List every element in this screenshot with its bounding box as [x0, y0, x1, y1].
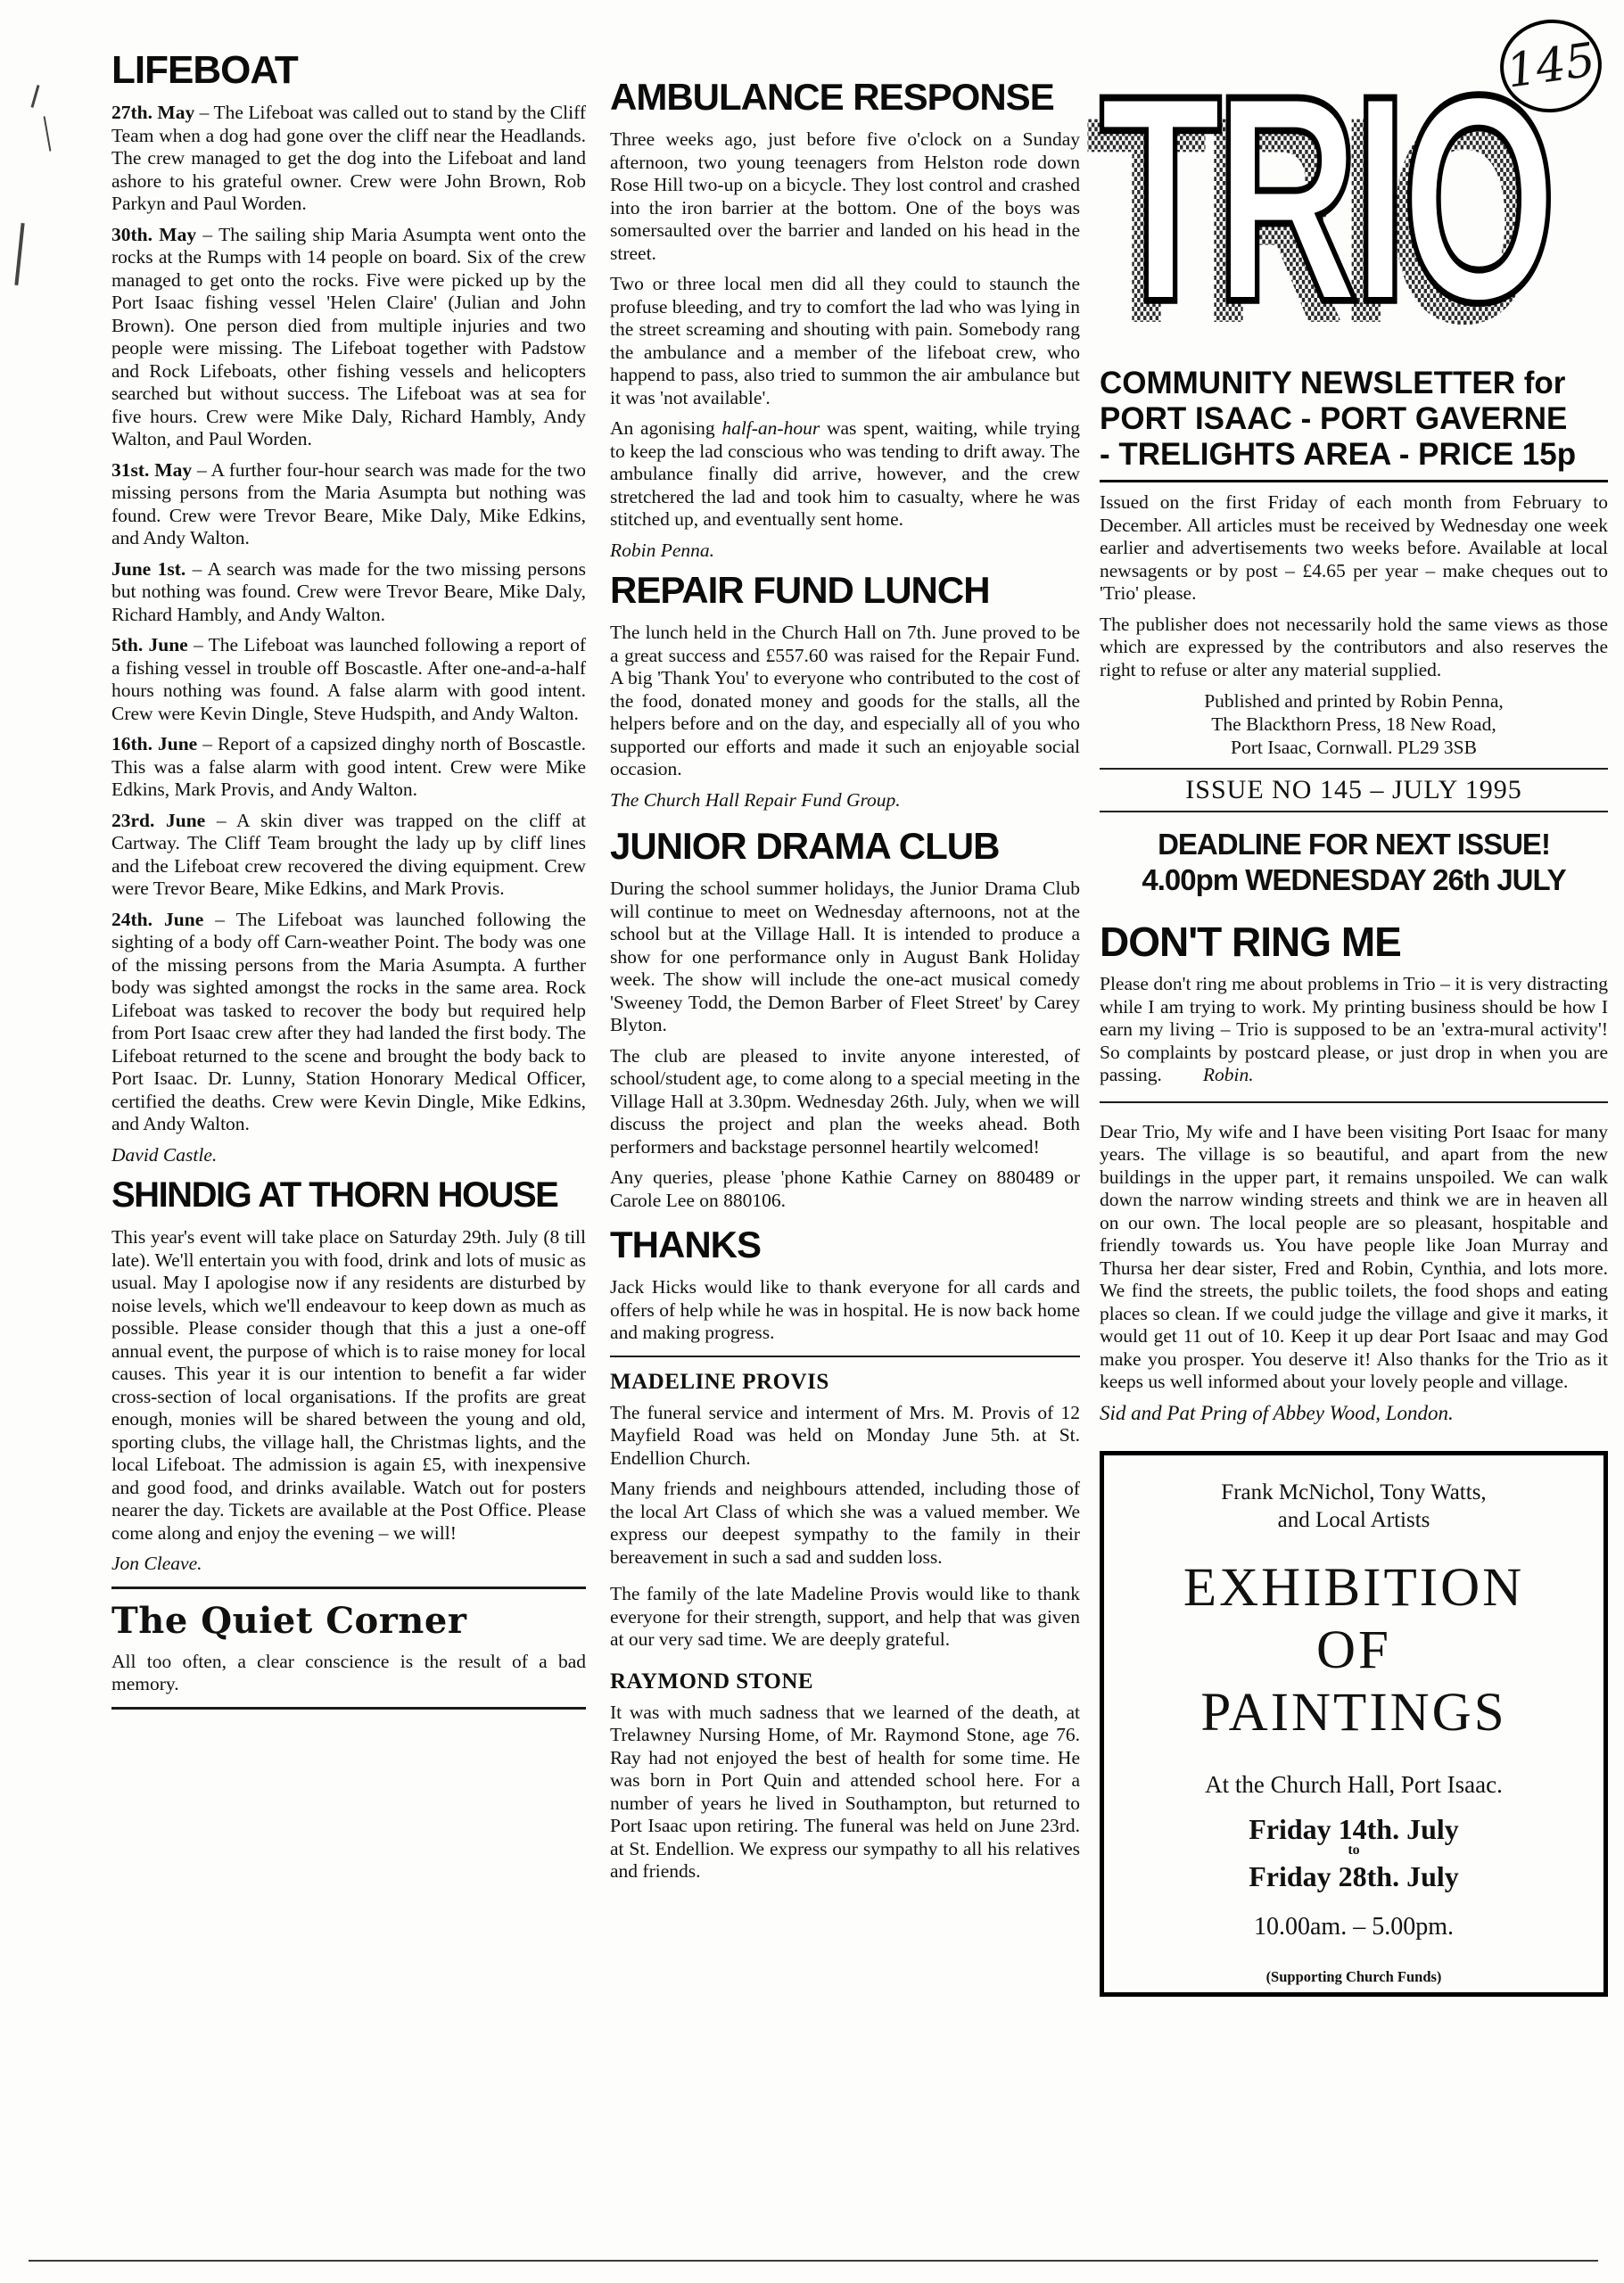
exhibition-venue: At the Church Hall, Port Isaac.	[1115, 1771, 1593, 1799]
ambulance-heading: AMBULANCE RESPONSE	[610, 77, 1080, 118]
article-signature: Robin Penna.	[610, 540, 1080, 563]
entry-date: 24th. June	[111, 909, 203, 930]
exhibition-date-end: Friday 28th. July	[1115, 1860, 1593, 1893]
lifeboat-entry: 30th. May – The sailing ship Maria Asump…	[111, 224, 586, 451]
printed-by-line: Published and printed by Robin Penna,	[1100, 689, 1608, 713]
ambulance-para: An agonising half-an-hour was spent, wai…	[610, 417, 1080, 532]
deadline-block: DEADLINE FOR NEXT ISSUE! 4.00pm WEDNESDA…	[1100, 827, 1608, 898]
entry-date: 16th. June	[111, 733, 197, 754]
exhibition-title-line: OF	[1115, 1620, 1593, 1682]
madeline-para: Many friends and neighbours attended, in…	[610, 1478, 1080, 1569]
entry-date: 23rd. June	[111, 810, 205, 831]
ambulance-para: Two or three local men did all they coul…	[610, 273, 1080, 409]
exhibition-date-to: to	[1115, 1846, 1593, 1855]
repair-fund-heading: REPAIR FUND LUNCH	[610, 570, 1080, 611]
masthead-subtitle-line: PORT ISAAC - PORT GAVERNE	[1100, 401, 1608, 437]
deadline-line: DEADLINE FOR NEXT ISSUE!	[1100, 827, 1608, 862]
madeline-para: The funeral service and interment of Mrs…	[610, 1402, 1080, 1471]
thanks-heading: THANKS	[610, 1224, 1080, 1265]
entry-date: 30th. May	[111, 224, 196, 245]
trio-logo: TRIO TRIO	[1100, 52, 1608, 366]
lifeboat-entry: 31st. May – A further four-hour search w…	[111, 459, 586, 550]
exhibition-box: Frank McNichol, Tony Watts, and Local Ar…	[1100, 1451, 1608, 1997]
middle-column: AMBULANCE RESPONSE Three weeks ago, just…	[610, 77, 1080, 1892]
shindig-body: This year's event will take place on Sat…	[111, 1226, 586, 1545]
dont-ring-heading: DON'T RING ME	[1100, 921, 1608, 962]
publisher-para: The publisher does not necessarily hold …	[1100, 614, 1608, 682]
entry-text: – The Lifeboat was launched following th…	[111, 909, 586, 1135]
entry-date: June 1st.	[111, 558, 185, 580]
madeline-para: The family of the late Madeline Provis w…	[610, 1583, 1080, 1652]
issued-para: Issued on the first Friday of each month…	[1100, 491, 1608, 606]
right-column: TRIO TRIO COMMUNITY NEWSLETTER for PORT …	[1100, 27, 1608, 1997]
trio-logo-text: TRIO	[1100, 52, 1550, 346]
scan-mark	[14, 223, 24, 285]
text-run: Please don't ring me about problems in T…	[1100, 973, 1608, 1085]
lifeboat-entry: 27th. May – The Lifeboat was called out …	[111, 102, 586, 216]
deadline-line: 4.00pm WEDNESDAY 26th JULY	[1100, 862, 1608, 898]
article-signature: Jon Cleave.	[111, 1553, 586, 1576]
raymond-body: It was with much sadness that we learned…	[610, 1702, 1080, 1883]
dont-ring-body: Please don't ring me about problems in T…	[1100, 973, 1608, 1087]
junior-drama-heading: JUNIOR DRAMA CLUB	[610, 826, 1080, 867]
article-signature: David Castle.	[111, 1144, 586, 1167]
divider	[1100, 1101, 1608, 1103]
inline-signature: Robin.	[1203, 1064, 1254, 1085]
shindig-heading: SHINDIG AT THORN HOUSE	[111, 1174, 586, 1216]
masthead-subtitle-line: - TRELIGHTS AREA - PRICE 15p	[1100, 437, 1608, 473]
letter-signature: Sid and Pat Pring of Abbey Wood, London.	[1100, 1402, 1608, 1425]
divider	[111, 1587, 586, 1589]
left-column: LIFEBOAT 27th. May – The Lifeboat was ca…	[111, 50, 586, 1720]
divider	[111, 1707, 586, 1710]
exhibition-title-line: PAINTINGS	[1115, 1682, 1593, 1744]
lifeboat-entry: 16th. June – Report of a capsized dinghy…	[111, 733, 586, 802]
entry-date: 27th. May	[111, 102, 194, 123]
raymond-heading: RAYMOND STONE	[610, 1669, 1080, 1694]
quiet-corner-heading: The Quiet Corner	[111, 1600, 586, 1642]
scan-mark	[30, 85, 39, 108]
repair-fund-body: The lunch held in the Church Hall on 7th…	[610, 622, 1080, 781]
entry-text: – The sailing ship Maria Asumpta went on…	[111, 224, 586, 450]
text-run: An agonising	[610, 417, 721, 439]
scan-mark	[44, 116, 52, 152]
madeline-heading: MADELINE PROVIS	[610, 1370, 1080, 1395]
entry-date: 31st. May	[111, 459, 192, 481]
exhibition-artists-line: Frank McNichol, Tony Watts,	[1115, 1479, 1593, 1506]
printed-by-line: Port Isaac, Cornwall. PL29 3SB	[1100, 736, 1608, 759]
printed-by-line: The Blackthorn Press, 18 New Road,	[1100, 713, 1608, 736]
exhibition-artists: Frank McNichol, Tony Watts, and Local Ar…	[1115, 1479, 1593, 1534]
junior-drama-para: Any queries, please 'phone Kathie Carney…	[610, 1166, 1080, 1212]
divider	[610, 1356, 1080, 1357]
page-bottom-rule	[29, 2260, 1598, 2262]
thanks-body: Jack Hicks would like to thank everyone …	[610, 1276, 1080, 1345]
quiet-corner-body: All too often, a clear conscience is the…	[111, 1651, 586, 1696]
newsletter-page: 145 LIFEBOAT 27th. May – The Lifeboat wa…	[0, 0, 1624, 2283]
lifeboat-entry: June 1st. – A search was made for the tw…	[111, 558, 586, 627]
article-signature: The Church Hall Repair Fund Group.	[610, 789, 1080, 812]
exhibition-title: EXHIBITION OF PAINTINGS	[1115, 1557, 1593, 1744]
lifeboat-heading: LIFEBOAT	[111, 50, 586, 91]
entry-date: 5th. June	[111, 634, 188, 655]
italic-run: half-an-hour	[721, 417, 820, 439]
junior-drama-para: During the school summer holidays, the J…	[610, 878, 1080, 1037]
lifeboat-entry: 24th. June – The Lifeboat was launched f…	[111, 909, 586, 1136]
exhibition-title-line: EXHIBITION	[1115, 1557, 1593, 1620]
exhibition-time: 10.00am. – 5.00pm.	[1115, 1913, 1593, 1941]
letter-body: Dear Trio, My wife and I have been visit…	[1100, 1121, 1608, 1394]
lifeboat-entry: 5th. June – The Lifeboat was launched fo…	[111, 634, 586, 725]
issue-number-row: ISSUE NO 145 – JULY 1995	[1100, 768, 1608, 812]
exhibition-date-start: Friday 14th. July	[1115, 1813, 1593, 1846]
exhibition-artists-line: and Local Artists	[1115, 1506, 1593, 1534]
ambulance-para: Three weeks ago, just before five o'cloc…	[610, 128, 1080, 265]
junior-drama-para: The club are pleased to invite anyone in…	[610, 1045, 1080, 1159]
lifeboat-entry: 23rd. June – A skin diver was trapped on…	[111, 810, 586, 901]
printed-by-block: Published and printed by Robin Penna, Th…	[1100, 689, 1608, 759]
exhibition-supporting-note: (Supporting Church Funds)	[1115, 1968, 1593, 1986]
